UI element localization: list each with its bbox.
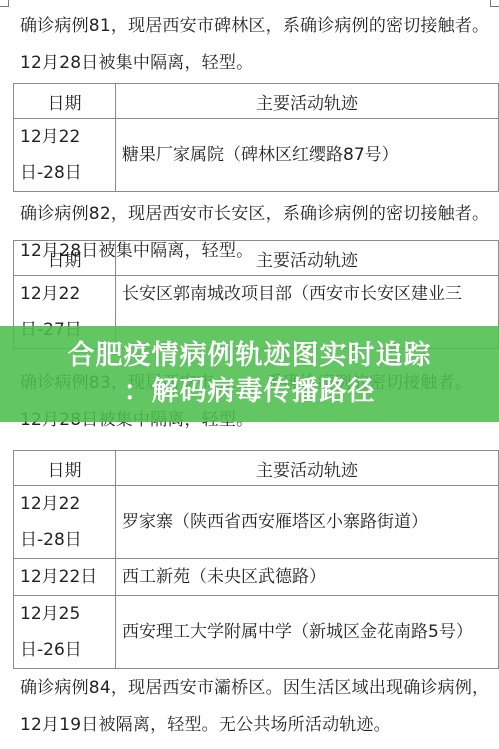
crop-mark-top-right bbox=[490, 0, 499, 7]
header-date: 日期 bbox=[14, 451, 116, 486]
row-date: 12月22日 bbox=[14, 559, 116, 596]
header-date: 日期 bbox=[14, 241, 116, 276]
row-date: 12月22日-28日 bbox=[14, 486, 116, 559]
table-header-row: 日期 主要活动轨迹 bbox=[14, 241, 499, 276]
header-location: 主要活动轨迹 bbox=[116, 451, 499, 486]
header-location: 主要活动轨迹 bbox=[116, 84, 499, 119]
header-location: 主要活动轨迹 bbox=[116, 241, 499, 276]
row-location: 罗家寨（陕西省西安雁塔区小寨路街道） bbox=[116, 486, 499, 559]
case-83-track-table: 日期 主要活动轨迹 12月22日-28日 罗家寨（陕西省西安雁塔区小寨路街道） … bbox=[13, 450, 499, 669]
banner-title-line-1: 合肥疫情病例轨迹图实时追踪 bbox=[68, 338, 432, 374]
banner-title-line-2: ：解码病毒传播路径 bbox=[124, 374, 376, 410]
row-location: 西工新苑（未央区武德路） bbox=[116, 559, 499, 596]
row-location: 西安理工大学附属中学（新城区金花南路5号） bbox=[116, 596, 499, 669]
header-date: 日期 bbox=[14, 84, 116, 119]
table-header-row: 日期 主要活动轨迹 bbox=[14, 84, 499, 119]
title-banner: 合肥疫情病例轨迹图实时追踪 ：解码病毒传播路径 bbox=[0, 326, 499, 422]
table-row: 12月22日-28日 罗家寨（陕西省西安雁塔区小寨路街道） bbox=[14, 486, 499, 559]
crop-mark-top-left bbox=[0, 0, 9, 7]
case-81-track-table: 日期 主要活动轨迹 12月22日-28日 糖果厂家属院（碑林区红缨路87号） bbox=[13, 83, 499, 192]
table-row: 12月22日 西工新苑（未央区武德路） bbox=[14, 559, 499, 596]
case-81-intro: 确诊病例81，现居西安市碑林区，系确诊病例的密切接触者。12月28日被集中隔离，… bbox=[20, 8, 490, 82]
table-row: 12月25日-26日 西安理工大学附属中学（新城区金花南路5号） bbox=[14, 596, 499, 669]
table-row: 12月22日-28日 糖果厂家属院（碑林区红缨路87号） bbox=[14, 119, 499, 192]
table-header-row: 日期 主要活动轨迹 bbox=[14, 451, 499, 486]
row-date: 12月25日-26日 bbox=[14, 596, 116, 669]
row-location: 糖果厂家属院（碑林区红缨路87号） bbox=[116, 119, 499, 192]
row-date: 12月22日-28日 bbox=[14, 119, 116, 192]
case-84-intro: 确诊病例84，现居西安市灞桥区。因生活区域出现确诊病例，12月19日被隔离，轻型… bbox=[20, 670, 490, 744]
